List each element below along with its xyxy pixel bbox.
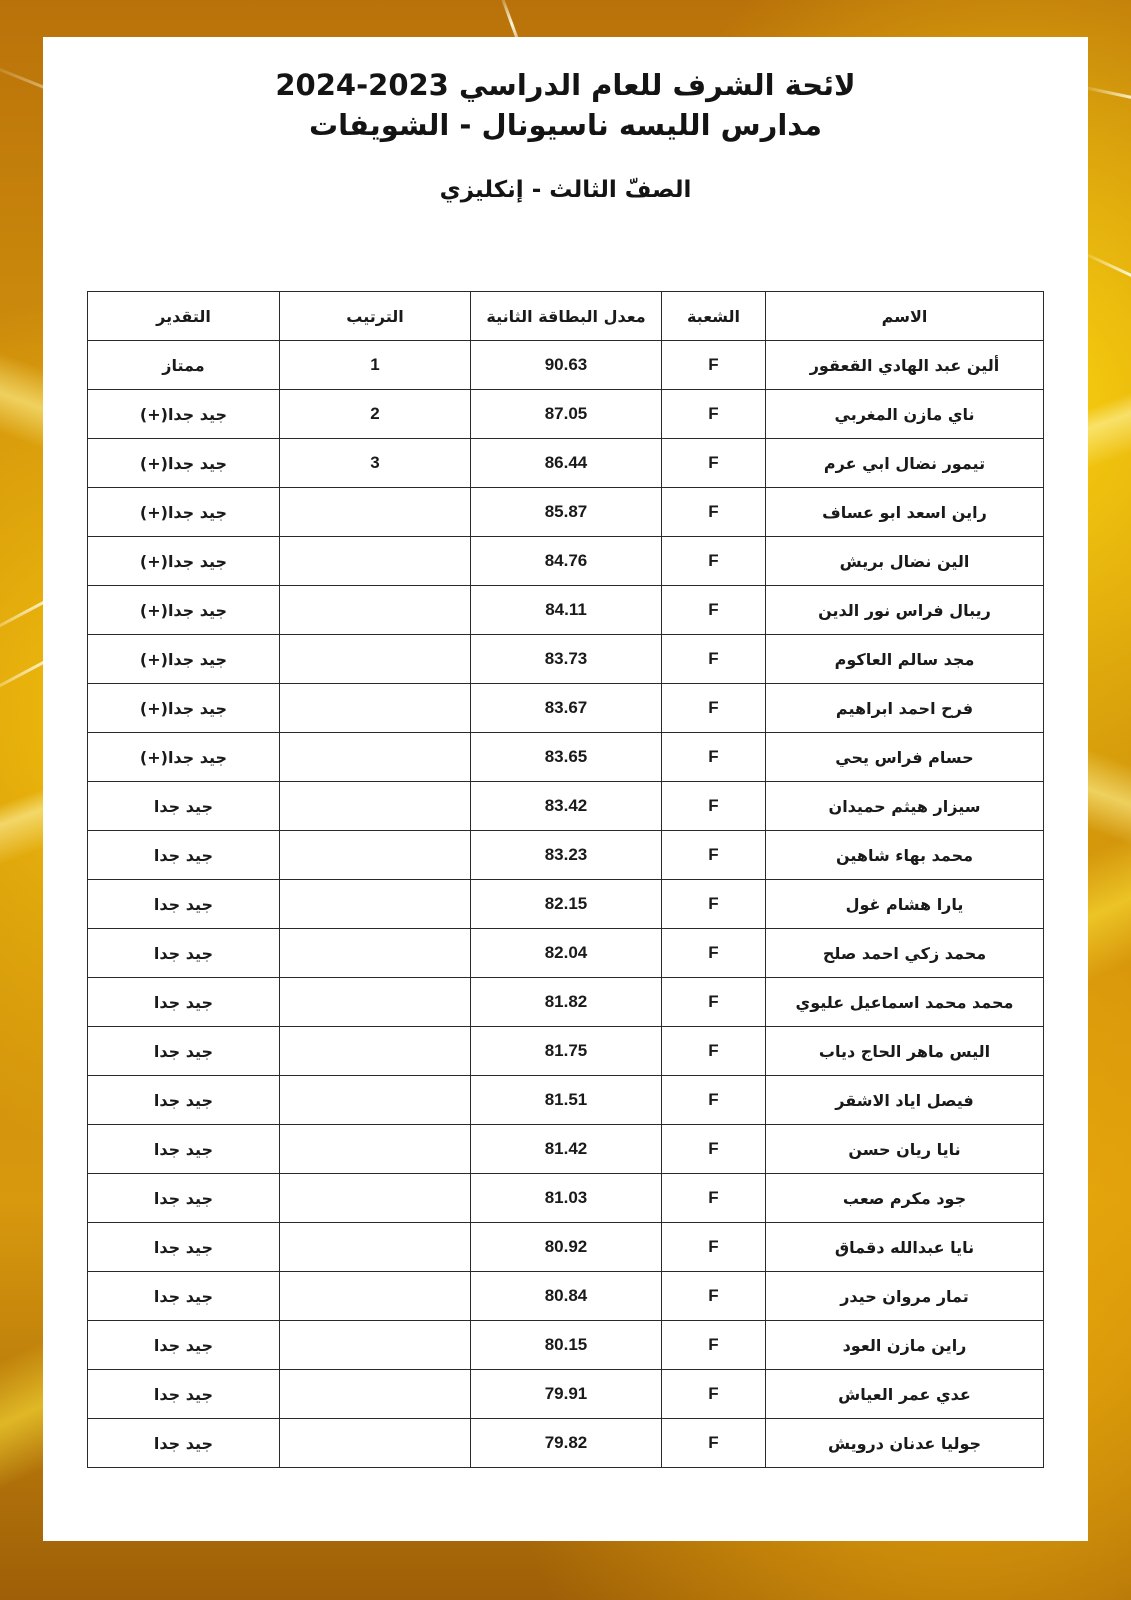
table-row: راين مازن العودF80.15جيد جدا [88,1321,1044,1370]
student-average: 83.23 [471,831,662,880]
student-rank [280,1419,471,1468]
student-name: ريبال فراس نور الدين [766,586,1044,635]
student-grade: جيد جدا [88,1223,280,1272]
student-grade: جيد جدا [88,1370,280,1419]
student-section: F [662,390,766,439]
honor-roll-table: الاسم الشعبة معدل البطاقة الثانية الترتي… [87,291,1044,1468]
column-header-rank: الترتيب [280,292,471,341]
table-row: سيزار هيثم حميدانF83.42جيد جدا [88,782,1044,831]
table-row: عدي عمر العياشF79.91جيد جدا [88,1370,1044,1419]
table-row: ألين عبد الهادي القعقورF90.631ممتاز [88,341,1044,390]
student-rank [280,488,471,537]
student-rank: 3 [280,439,471,488]
table-row: جود مكرم صعبF81.03جيد جدا [88,1174,1044,1223]
student-grade: جيد جدا(+) [88,733,280,782]
student-name: ألين عبد الهادي القعقور [766,341,1044,390]
student-average: 90.63 [471,341,662,390]
table-row: ناي مازن المغربيF87.052جيد جدا(+) [88,390,1044,439]
student-grade: جيد جدا [88,1076,280,1125]
student-average: 83.67 [471,684,662,733]
student-average: 79.91 [471,1370,662,1419]
student-grade: ممتاز [88,341,280,390]
student-name: جود مكرم صعب [766,1174,1044,1223]
student-section: F [662,929,766,978]
student-grade: جيد جدا(+) [88,439,280,488]
student-section: F [662,586,766,635]
table-row: الين نضال بريشF84.76جيد جدا(+) [88,537,1044,586]
student-grade: جيد جدا(+) [88,488,280,537]
student-section: F [662,537,766,586]
student-rank [280,537,471,586]
student-name: فرح احمد ابراهيم [766,684,1044,733]
column-header-grade: التقدير [88,292,280,341]
student-grade: جيد جدا(+) [88,684,280,733]
table-row: اليس ماهر الحاج ديابF81.75جيد جدا [88,1027,1044,1076]
student-section: F [662,1174,766,1223]
student-grade: جيد جدا [88,1174,280,1223]
student-rank [280,635,471,684]
student-section: F [662,782,766,831]
student-section: F [662,1076,766,1125]
student-name: حسام فراس يحي [766,733,1044,782]
table-row: جوليا عدنان درويشF79.82جيد جدا [88,1419,1044,1468]
student-name: محمد زكي احمد صلح [766,929,1044,978]
table-row: نايا ريان حسنF81.42جيد جدا [88,1125,1044,1174]
student-grade: جيد جدا [88,1321,280,1370]
table-row: حسام فراس يحيF83.65جيد جدا(+) [88,733,1044,782]
student-section: F [662,1272,766,1321]
honor-roll-card: لائحة الشرف للعام الدراسي 2023-2024 مدار… [43,37,1088,1541]
student-section: F [662,831,766,880]
student-name: نايا ريان حسن [766,1125,1044,1174]
table-row: فرح احمد ابراهيمF83.67جيد جدا(+) [88,684,1044,733]
student-rank [280,1076,471,1125]
table-row: محمد زكي احمد صلحF82.04جيد جدا [88,929,1044,978]
student-grade: جيد جدا [88,782,280,831]
student-name: يارا هشام غول [766,880,1044,929]
student-average: 80.84 [471,1272,662,1321]
column-header-section: الشعبة [662,292,766,341]
student-rank: 1 [280,341,471,390]
student-section: F [662,439,766,488]
table-row: فيصل اياد الاشقرF81.51جيد جدا [88,1076,1044,1125]
student-average: 83.73 [471,635,662,684]
student-name: نايا عبدالله دقماق [766,1223,1044,1272]
student-name: راين اسعد ابو عساف [766,488,1044,537]
student-average: 82.04 [471,929,662,978]
student-average: 81.82 [471,978,662,1027]
student-average: 82.15 [471,880,662,929]
student-grade: جيد جدا(+) [88,390,280,439]
student-name: تمار مروان حيدر [766,1272,1044,1321]
student-rank [280,684,471,733]
student-section: F [662,341,766,390]
student-section: F [662,733,766,782]
student-average: 84.76 [471,537,662,586]
student-name: سيزار هيثم حميدان [766,782,1044,831]
student-rank [280,1272,471,1321]
student-rank [280,1223,471,1272]
student-name: اليس ماهر الحاج دياب [766,1027,1044,1076]
student-rank [280,1370,471,1419]
student-grade: جيد جدا [88,1027,280,1076]
student-name: محمد بهاء شاهين [766,831,1044,880]
table-row: ريبال فراس نور الدينF84.11جيد جدا(+) [88,586,1044,635]
student-section: F [662,1370,766,1419]
student-grade: جيد جدا(+) [88,586,280,635]
page-title: لائحة الشرف للعام الدراسي 2023-2024 [43,65,1088,105]
student-average: 86.44 [471,439,662,488]
student-name: ناي مازن المغربي [766,390,1044,439]
student-rank [280,978,471,1027]
column-header-average: معدل البطاقة الثانية [471,292,662,341]
student-rank [280,929,471,978]
student-average: 83.42 [471,782,662,831]
student-average: 81.75 [471,1027,662,1076]
student-rank [280,586,471,635]
student-rank [280,831,471,880]
student-rank [280,880,471,929]
student-average: 80.92 [471,1223,662,1272]
table-row: راين اسعد ابو عسافF85.87جيد جدا(+) [88,488,1044,537]
student-name: الين نضال بريش [766,537,1044,586]
student-rank [280,1027,471,1076]
student-grade: جيد جدا [88,1125,280,1174]
student-name: فيصل اياد الاشقر [766,1076,1044,1125]
student-section: F [662,880,766,929]
class-subtitle: الصفّ الثالث - إنكليزي [43,175,1088,205]
student-section: F [662,1419,766,1468]
student-section: F [662,1223,766,1272]
student-grade: جيد جدا [88,1419,280,1468]
student-section: F [662,1321,766,1370]
student-section: F [662,1125,766,1174]
table-row: مجد سالم العاكومF83.73جيد جدا(+) [88,635,1044,684]
table-row: محمد محمد اسماعيل عليويF81.82جيد جدا [88,978,1044,1027]
student-rank: 2 [280,390,471,439]
student-name: جوليا عدنان درويش [766,1419,1044,1468]
student-average: 81.03 [471,1174,662,1223]
student-name: مجد سالم العاكوم [766,635,1044,684]
student-section: F [662,684,766,733]
student-rank [280,1321,471,1370]
student-section: F [662,635,766,684]
table-body: ألين عبد الهادي القعقورF90.631ممتازناي م… [88,341,1044,1468]
student-average: 84.11 [471,586,662,635]
student-rank [280,782,471,831]
student-rank [280,1174,471,1223]
student-grade: جيد جدا(+) [88,635,280,684]
school-name: مدارس الليسه ناسيونال - الشويفات [43,105,1088,145]
student-grade: جيد جدا [88,880,280,929]
student-name: محمد محمد اسماعيل عليوي [766,978,1044,1027]
student-section: F [662,1027,766,1076]
student-average: 80.15 [471,1321,662,1370]
table-row: نايا عبدالله دقماقF80.92جيد جدا [88,1223,1044,1272]
student-average: 85.87 [471,488,662,537]
student-average: 83.65 [471,733,662,782]
student-grade: جيد جدا [88,831,280,880]
student-average: 79.82 [471,1419,662,1468]
student-name: راين مازن العود [766,1321,1044,1370]
student-grade: جيد جدا(+) [88,537,280,586]
student-rank [280,1125,471,1174]
student-name: عدي عمر العياش [766,1370,1044,1419]
student-rank [280,733,471,782]
table-row: يارا هشام غولF82.15جيد جدا [88,880,1044,929]
student-grade: جيد جدا [88,929,280,978]
column-header-name: الاسم [766,292,1044,341]
student-grade: جيد جدا [88,978,280,1027]
student-name: تيمور نضال ابي عرم [766,439,1044,488]
table-row: تيمور نضال ابي عرمF86.443جيد جدا(+) [88,439,1044,488]
student-section: F [662,978,766,1027]
table-row: تمار مروان حيدرF80.84جيد جدا [88,1272,1044,1321]
student-section: F [662,488,766,537]
table-header-row: الاسم الشعبة معدل البطاقة الثانية الترتي… [88,292,1044,341]
table-row: محمد بهاء شاهينF83.23جيد جدا [88,831,1044,880]
student-grade: جيد جدا [88,1272,280,1321]
student-average: 81.51 [471,1076,662,1125]
header: لائحة الشرف للعام الدراسي 2023-2024 مدار… [43,65,1088,205]
student-average: 81.42 [471,1125,662,1174]
student-average: 87.05 [471,390,662,439]
